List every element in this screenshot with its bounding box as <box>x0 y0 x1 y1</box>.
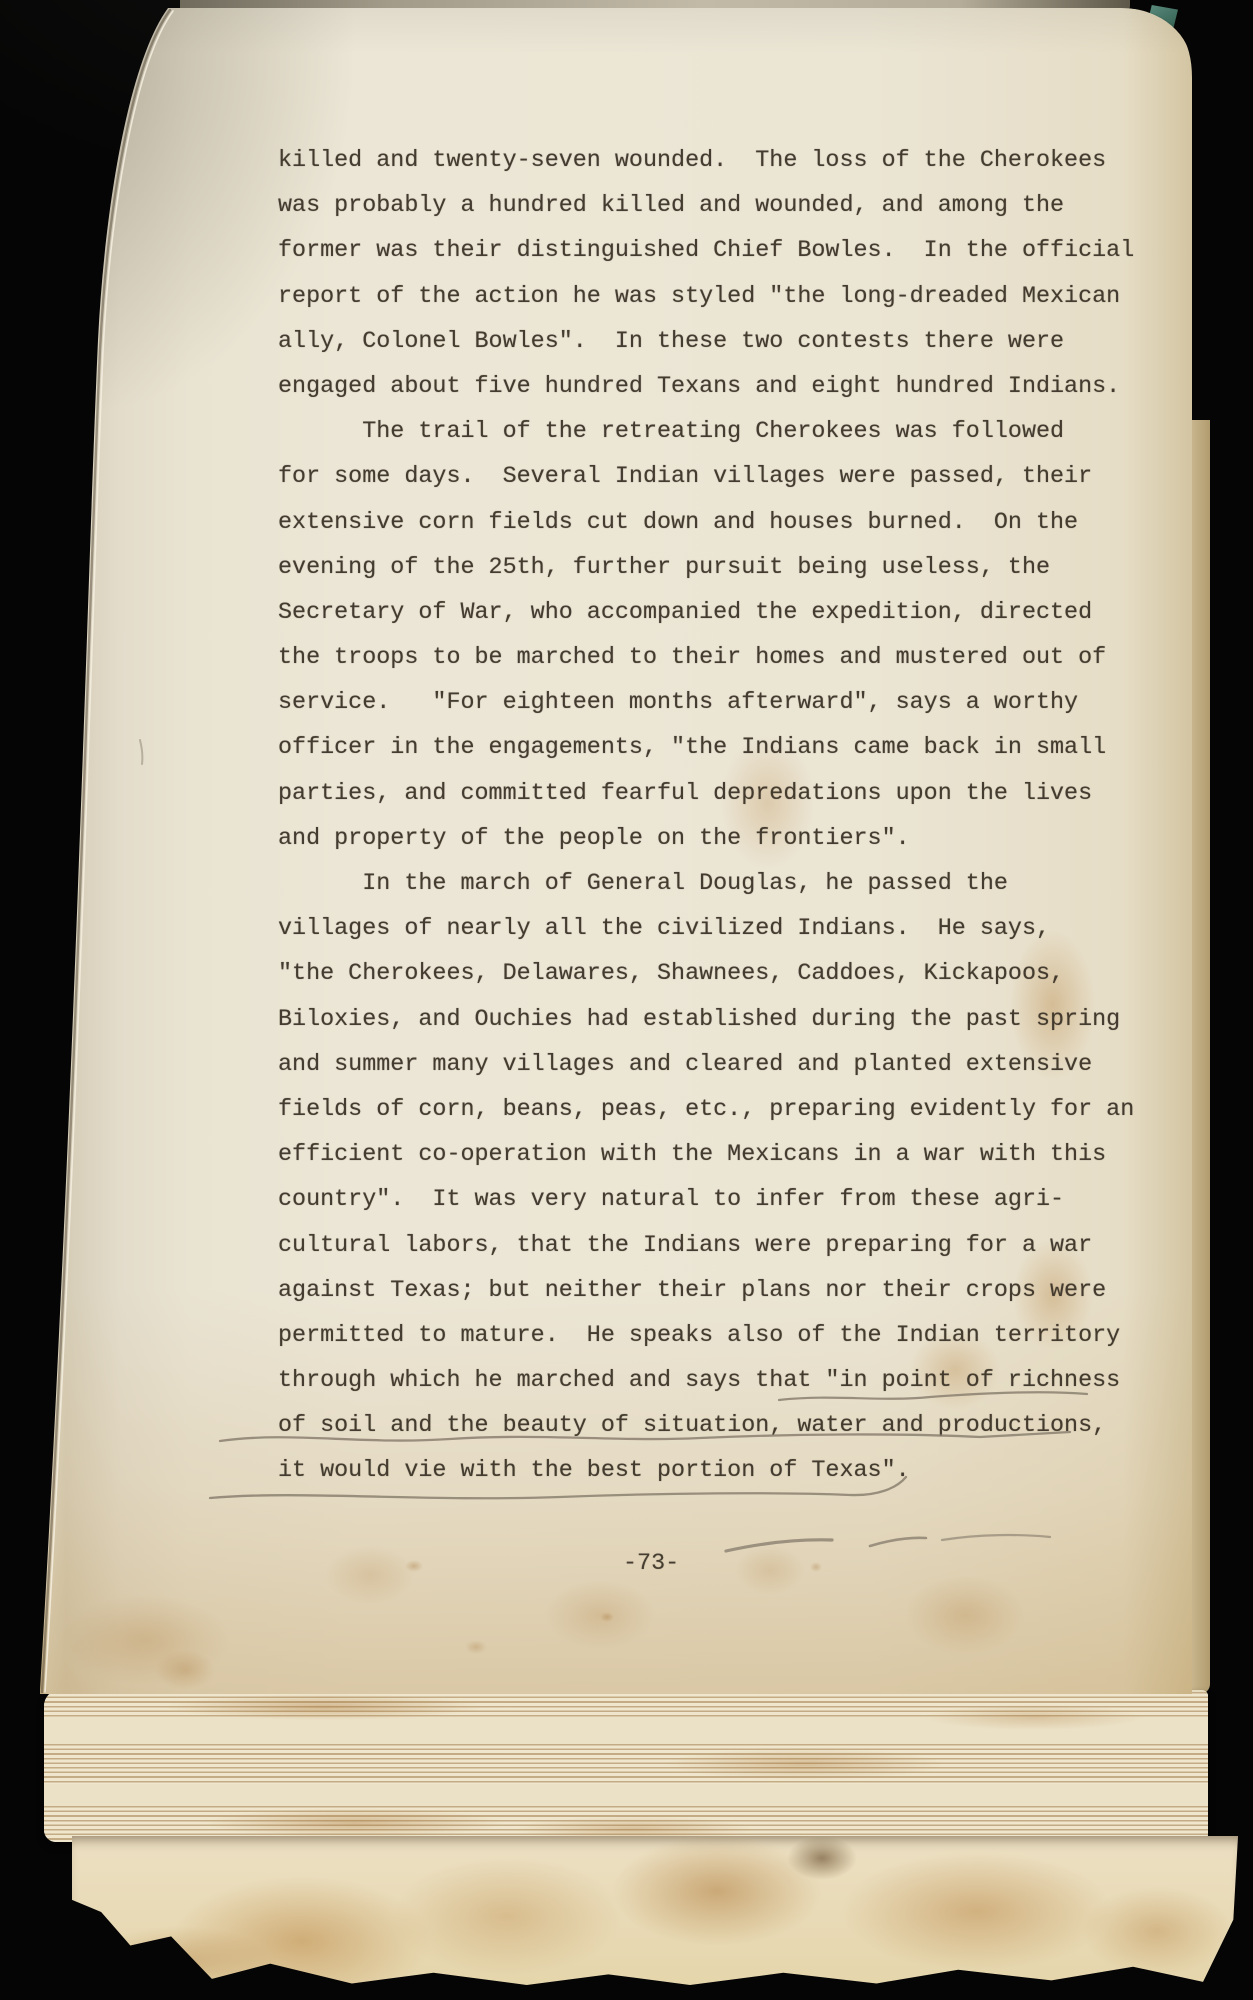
typed-text-line: ally, Colonel Bowles". In these two cont… <box>278 320 1178 365</box>
typed-text-line: "the Cherokees, Delawares, Shawnees, Cad… <box>278 952 1178 997</box>
typed-text-line: In the march of General Douglas, he pass… <box>278 862 1178 907</box>
typed-text-line: killed and twenty-seven wounded. The los… <box>278 139 1178 184</box>
typed-text-line: officer in the engagements, "the Indians… <box>278 726 1178 771</box>
typed-text-line: report of the action he was styled "the … <box>278 275 1178 320</box>
typed-text-line: through which he marched and says that "… <box>278 1359 1178 1404</box>
typed-text-line: service. "For eighteen months afterward"… <box>278 681 1178 726</box>
scanned-document-photo: killed and twenty-seven wounded. The los… <box>0 0 1253 2000</box>
typed-text-line: the troops to be marched to their homes … <box>278 636 1178 681</box>
typed-text-line: extensive corn fields cut down and house… <box>278 501 1178 546</box>
typed-text-line: permitted to mature. He speaks also of t… <box>278 1314 1178 1359</box>
typed-text-line: villages of nearly all the civilized Ind… <box>278 907 1178 952</box>
typed-text-line: evening of the 25th, further pursuit bei… <box>278 546 1178 591</box>
typed-text-line: Secretary of War, who accompanied the ex… <box>278 591 1178 636</box>
typed-text-line: Biloxies, and Ouchies had established du… <box>278 998 1178 1043</box>
typed-text-line: parties, and committed fearful depredati… <box>278 772 1178 817</box>
typed-text-line: and property of the people on the fronti… <box>278 817 1178 862</box>
typed-text-line: it would vie with the best portion of Te… <box>278 1449 1178 1494</box>
typed-text-line: efficient co-operation with the Mexicans… <box>278 1133 1178 1178</box>
typed-text-line: cultural labors, that the Indians were p… <box>278 1224 1178 1269</box>
typed-text-line: The trail of the retreating Cherokees wa… <box>278 410 1178 455</box>
typed-text-line: country". It was very natural to infer f… <box>278 1178 1178 1223</box>
typed-text-line: engaged about five hundred Texans and ei… <box>278 365 1178 410</box>
typed-text-line: against Texas; but neither their plans n… <box>278 1269 1178 1314</box>
typed-text-line: was probably a hundred killed and wounde… <box>278 184 1178 229</box>
typed-text-line: of soil and the beauty of situation, wat… <box>278 1404 1178 1449</box>
typed-text-line: and summer many villages and cleared and… <box>278 1043 1178 1088</box>
typed-text-line: fields of corn, beans, peas, etc., prepa… <box>278 1088 1178 1133</box>
page-number: -73- <box>623 1551 679 1577</box>
typed-text-line: former was their distinguished Chief Bow… <box>278 229 1178 274</box>
typed-text-block: killed and twenty-seven wounded. The los… <box>278 139 1178 1495</box>
page-edge-stack <box>44 1690 1208 1842</box>
typed-text-line: for some days. Several Indian villages w… <box>278 455 1178 500</box>
stack-stains <box>44 1690 1208 1842</box>
typed-page: killed and twenty-seven wounded. The los… <box>40 8 1192 1694</box>
torn-stained-bottom-sheet <box>72 1836 1238 1988</box>
